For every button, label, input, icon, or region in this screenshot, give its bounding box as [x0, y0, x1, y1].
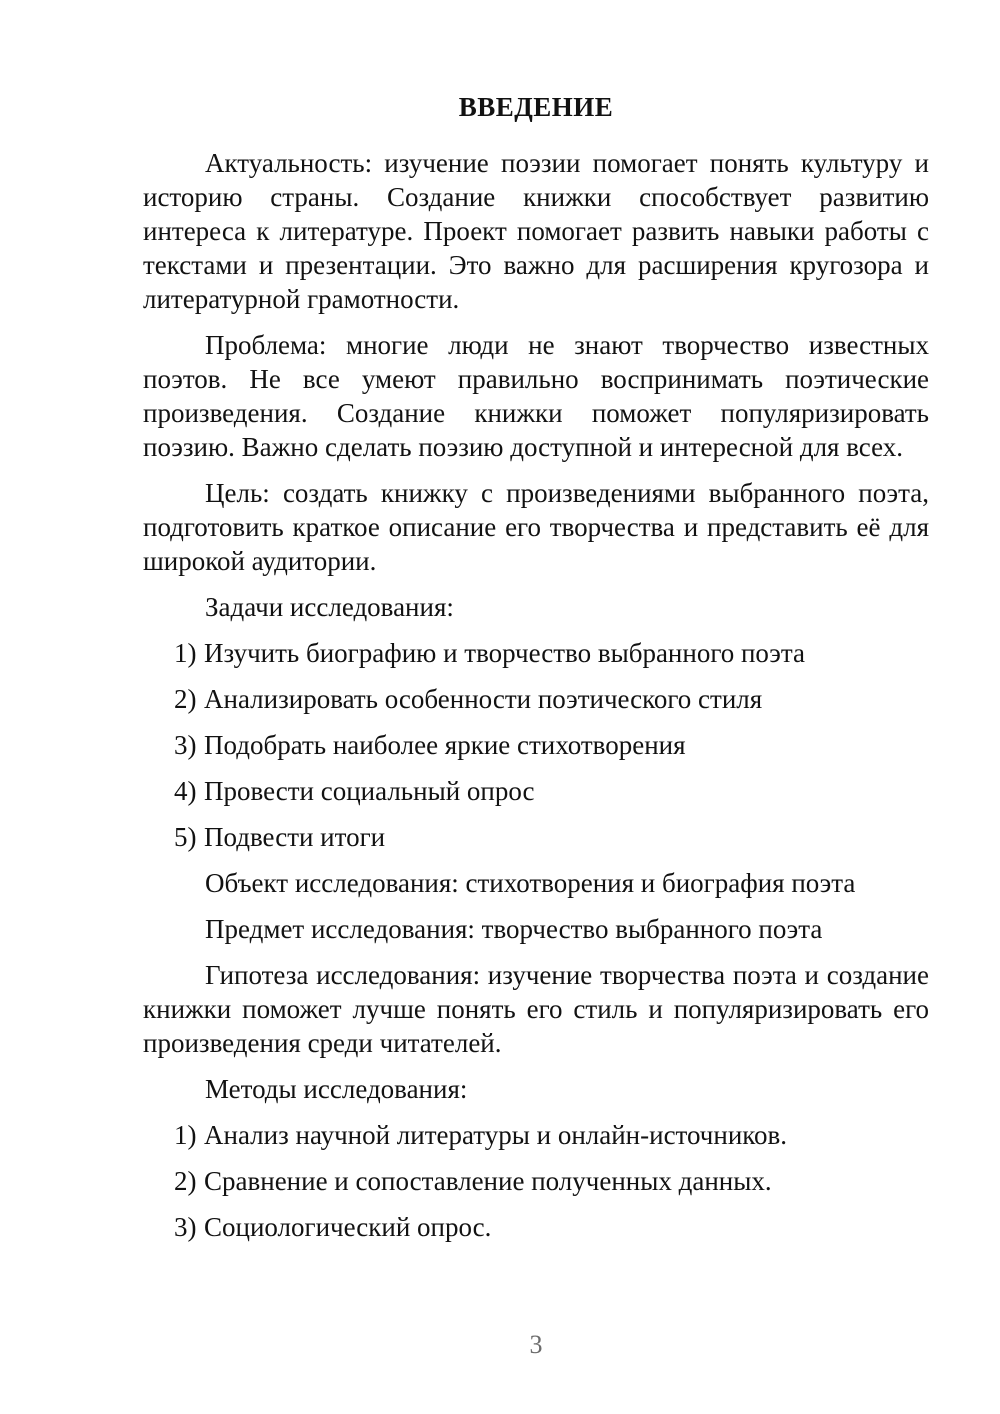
task-item-2: 2)Анализировать особенности поэтического…: [143, 682, 929, 716]
paragraph-relevance: Актуальность: изучение поэзии помогает п…: [143, 146, 929, 316]
method-item-3: 3)Социологический опрос.: [143, 1210, 929, 1244]
method-number: 2): [174, 1164, 204, 1198]
object-paragraph: Объект исследования: стихотворения и био…: [143, 866, 929, 900]
paragraph-goal: Цель: создать книжку с произведениями вы…: [143, 476, 929, 578]
page-content: ВВЕДЕНИЕ Актуальность: изучение поэзии п…: [143, 90, 929, 1256]
task-number: 5): [174, 820, 204, 854]
method-text: Анализ научной литературы и онлайн-источ…: [204, 1120, 787, 1150]
task-item-3: 3)Подобрать наиболее яркие стихотворения: [143, 728, 929, 762]
task-text: Анализировать особенности поэтического с…: [204, 684, 762, 714]
task-number: 1): [174, 636, 204, 670]
method-text: Социологический опрос.: [204, 1212, 491, 1242]
method-text: Сравнение и сопоставление полученных дан…: [204, 1166, 772, 1196]
task-text: Провести социальный опрос: [204, 776, 535, 806]
task-number: 2): [174, 682, 204, 716]
method-item-1: 1)Анализ научной литературы и онлайн-ист…: [143, 1118, 929, 1152]
task-text: Изучить биографию и творчество выбранног…: [204, 638, 805, 668]
page-number: 3: [143, 1328, 929, 1362]
paragraph-problem: Проблема: многие люди не знают творчеств…: [143, 328, 929, 464]
task-item-4: 4)Провести социальный опрос: [143, 774, 929, 808]
tasks-heading: Задачи исследования:: [143, 590, 929, 624]
page-title: ВВЕДЕНИЕ: [143, 90, 929, 124]
task-item-1: 1)Изучить биографию и творчество выбранн…: [143, 636, 929, 670]
method-number: 3): [174, 1210, 204, 1244]
task-number: 4): [174, 774, 204, 808]
method-item-2: 2)Сравнение и сопоставление полученных д…: [143, 1164, 929, 1198]
document-page: ВВЕДЕНИЕ Актуальность: изучение поэзии п…: [0, 0, 1000, 1414]
subject-paragraph: Предмет исследования: творчество выбранн…: [143, 912, 929, 946]
task-item-5: 5)Подвести итоги: [143, 820, 929, 854]
task-text: Подобрать наиболее яркие стихотворения: [204, 730, 686, 760]
task-number: 3): [174, 728, 204, 762]
hypothesis-paragraph: Гипотеза исследования: изучение творчест…: [143, 958, 929, 1060]
methods-heading: Методы исследования:: [143, 1072, 929, 1106]
task-text: Подвести итоги: [204, 822, 385, 852]
method-number: 1): [174, 1118, 204, 1152]
